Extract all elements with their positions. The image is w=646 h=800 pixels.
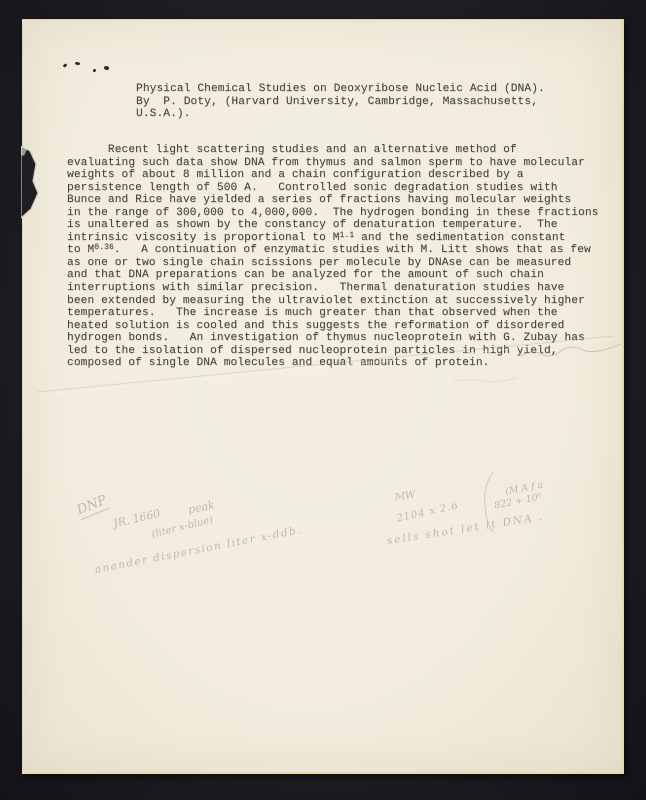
typed-line: Bunce and Rice have yielded a series of …	[67, 194, 598, 207]
pencil-annotation: JR. 1660	[112, 507, 161, 530]
ink-speck	[93, 69, 96, 72]
typed-line: U.S.A.).	[136, 108, 545, 121]
typed-line: weights of about 8 million and a chain c…	[67, 169, 598, 182]
typed-line: temperatures. The increase is much great…	[67, 307, 598, 320]
pencil-annotation: peak	[187, 499, 216, 516]
typed-line: in the range of 300,000 to 4,000,000. Th…	[67, 207, 598, 220]
crease-and-scribble-overlay	[23, 20, 622, 772]
typed-line: as one or two single chain scissions per…	[67, 257, 598, 270]
typed-line: evaluating such data show DNA from thymu…	[67, 157, 598, 170]
pencil-annotation: 822 + 10⁶	[493, 492, 542, 512]
pencil-annotation: MW	[394, 490, 416, 504]
pencil-annotation: (M A f a	[504, 479, 544, 497]
typed-body: Recent light scattering studies and an a…	[67, 144, 598, 370]
typed-line: to M0.36. A continuation of enzymatic st…	[67, 244, 598, 257]
pencil-annotation: DNP	[75, 493, 110, 520]
typed-line: By P. Doty, (Harvard University, Cambrid…	[136, 96, 545, 109]
typed-line: Physical Chemical Studies on Deoxyribose…	[136, 83, 545, 96]
typed-line: interruptions with similar precision. Th…	[67, 282, 598, 295]
pencil-annotation: anander dispersion liter x-ddb.	[94, 524, 303, 576]
typed-line: hydrogen bonds. An investigation of thym…	[67, 332, 598, 345]
ink-speck	[75, 61, 81, 65]
torn-edge-notch	[21, 146, 43, 224]
pencil-annotation: sells shot let it DNA .	[386, 511, 545, 548]
scan-background: Physical Chemical Studies on Deoxyribose…	[0, 0, 646, 800]
typed-line: intrinsic viscosity is proportional to M…	[67, 232, 598, 245]
typed-line: is unaltered as shown by the constancy o…	[67, 219, 598, 232]
typed-line: and that DNA preparations can be analyze…	[67, 269, 598, 282]
typed-line: been extended by measuring the ultraviol…	[67, 295, 598, 308]
ink-speck	[63, 63, 68, 68]
typed-line: persistence length of 500 A. Controlled …	[67, 182, 598, 195]
paper-sheet: Physical Chemical Studies on Deoxyribose…	[22, 19, 624, 774]
title-block: Physical Chemical Studies on Deoxyribose…	[136, 83, 545, 121]
typed-line: Recent light scattering studies and an a…	[67, 144, 598, 157]
pencil-annotation: (liter x-blue)	[151, 515, 215, 541]
typed-line: led to the isolation of dispersed nucleo…	[67, 345, 598, 358]
pencil-annotation: 2104 x 2.6	[396, 501, 460, 525]
typed-line: heated solution is cooled and this sugge…	[67, 320, 598, 333]
typed-line: composed of single DNA molecules and equ…	[67, 357, 598, 370]
ink-speck	[103, 65, 109, 71]
